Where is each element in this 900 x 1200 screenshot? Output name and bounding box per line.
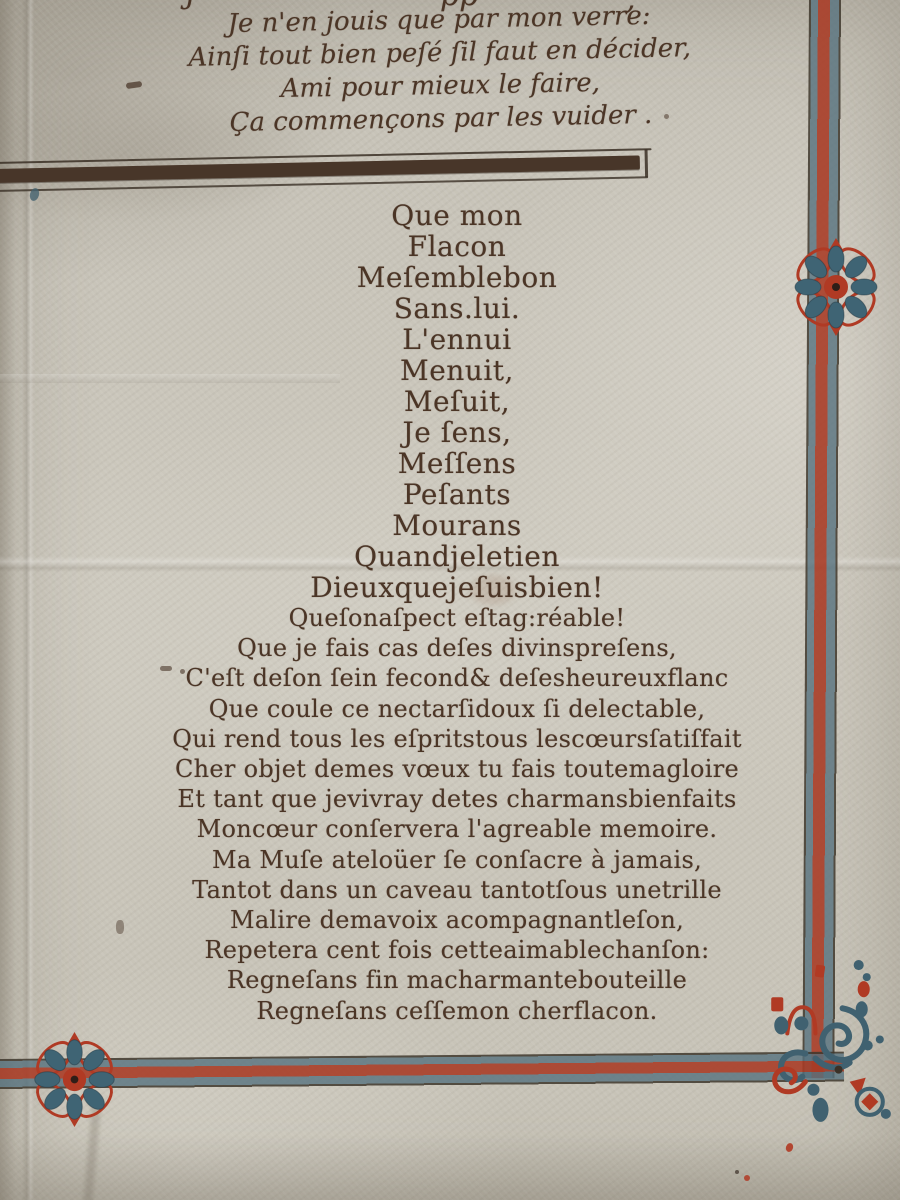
manuscript-photo: j pp , Je n'en jouis que par mon verre: … [0,0,900,1200]
poem-line: Tantot dans un caveau tantotſous unetril… [95,875,819,905]
poem-line: Que mon [95,200,819,231]
section-divider-rule [0,148,656,196]
poem-line: Regneſans ceſſemon cherflacon. [95,996,819,1026]
poem-line: Dieuxquejeſuisbien! [95,572,819,603]
prologue-stanza: Je n'en jouis que par mon verre: Ainſi t… [49,0,831,143]
poem-line: Quandjeletien [95,541,819,572]
poem-line: Meſemblebon [95,262,819,293]
ink-speck [116,920,124,934]
poem-line: Mourans [95,510,819,541]
poem-line: Meſſens [95,448,819,479]
poem-line: Flacon [95,231,819,262]
poem-line: Peſants [95,479,819,510]
paper-shadow [0,1134,900,1200]
flower-rosette-ornament-bottom-left [26,1031,123,1128]
poem-line: Repetera cent fois cetteaimablechanſon: [95,935,819,965]
poem-line: Qui rend tous les eſpritstous lescœursſa… [95,724,819,754]
ink-speck [664,114,669,119]
poem-line: Sans.lui. [95,293,819,324]
poem-line: Regneſans fin macharmantebouteille [95,965,819,995]
ink-speck [180,669,185,674]
poem-line: Que je fais cas deſes divinspreſens, [95,633,819,663]
paint-speck [744,1175,750,1181]
poem-line: Meſuit, [95,386,819,417]
poem-line: Et tant que jevivray detes charmansbienf… [95,784,819,814]
poem-line: L'ennui [95,324,819,355]
ink-speck [735,1170,739,1174]
poem-line: C'eſt deſon ſein fecond& deſesheureuxfla… [95,663,819,693]
poem-line: Moncœur conſervera l'agreable memoire. [95,814,819,844]
poem-bottle-body: Queſonaſpect eſtag:réable! Que je fais c… [95,603,819,1026]
poem-line: Menuit, [95,355,819,386]
rule-end-cap [645,149,649,177]
poem-line: Queſonaſpect eſtag:réable! [95,603,819,633]
poem-bottle-neck: Que mon Flacon Meſemblebon Sans.lui. L'e… [95,200,819,603]
ink-speck [160,666,172,671]
poem-line: Malire demavoix acompagnantleſon, [95,905,819,935]
paint-speck [785,1142,795,1153]
poem-line: Je ſens, [95,417,819,448]
poem-line: Que coule ce nectarſidoux ſi delectable, [95,694,819,724]
poem-line: Ma Muſe ateloüer ſe conſacre à jamais, [95,845,819,875]
bottom-border-line [0,1052,844,1090]
poem-line: Cher objet demes vœux tu fais toutemaglo… [95,754,819,784]
